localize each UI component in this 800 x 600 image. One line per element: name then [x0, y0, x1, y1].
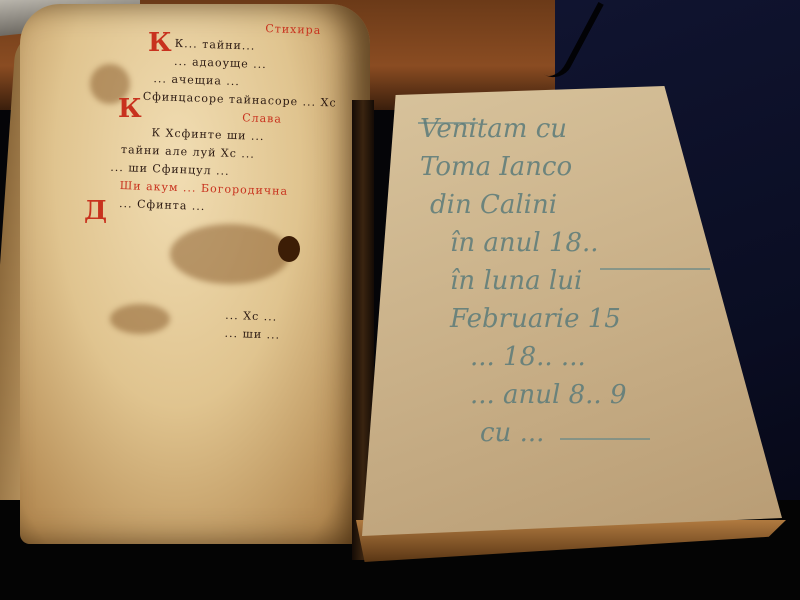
handwritten-inscription: Venitam cu Toma Ianco din Calini în anul…: [420, 110, 730, 452]
handwritten-line: ... anul 8.. 9: [420, 376, 730, 414]
handwritten-line: în anul 18..: [420, 224, 730, 262]
handwritten-line: din Calini: [420, 186, 730, 224]
handwritten-line: Venitam cu: [420, 110, 730, 148]
handwritten-line: în luna lui: [420, 262, 730, 300]
handwritten-line: cu ...: [420, 414, 730, 452]
handwritten-line: ... 18.. ...: [420, 338, 730, 376]
handwritten-line: Februarie 15: [420, 300, 730, 338]
handwritten-line: Toma Ianco: [420, 148, 730, 186]
cyrillic-text-block: Стихира К... тайни... ... адаоуще ... ..…: [54, 13, 355, 347]
